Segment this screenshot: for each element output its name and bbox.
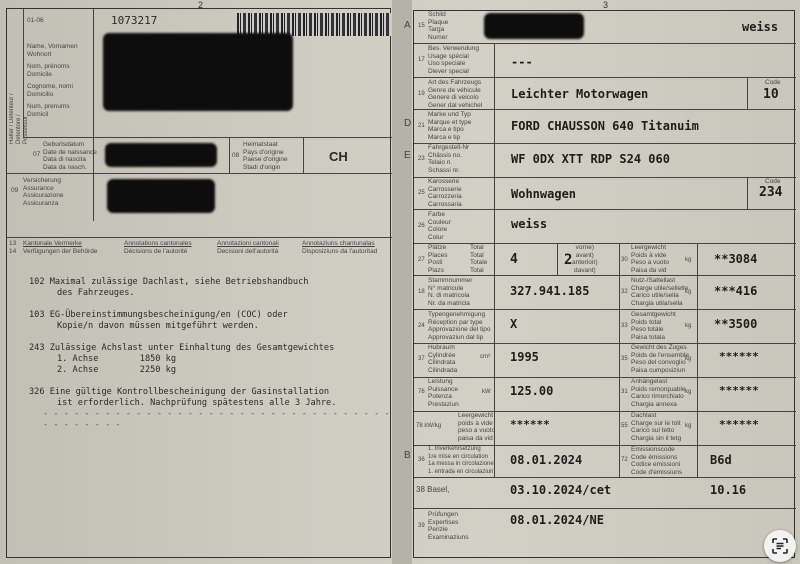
master-number-labels: StammnummerN° matricule N. di matricolaN… [428, 277, 472, 307]
chassis-number-value: WF 0DX XTT RDP S24 060 [511, 152, 670, 166]
field-09-code: 09 [11, 187, 18, 195]
train-weight-value: ****** [719, 350, 759, 363]
annotations-header-rm: Annotaziuns chantunalasDisposiziuns da l… [302, 240, 377, 255]
text-scan-icon [771, 537, 789, 555]
field-08-code: 08 [232, 152, 239, 160]
section-letter-e: E [404, 150, 411, 161]
vehicle-type-value: Leichter Motorwagen [511, 87, 648, 101]
payload-labels: Nutz-/SattellastCharge utile/sellette Ca… [631, 277, 688, 307]
body-type-code: 234 [759, 185, 782, 200]
vehicle-type-code-label: Code [765, 79, 781, 87]
emission-code-value: B6d [710, 453, 732, 467]
insurance-labels: VersicherungAssurance AssicurazioneAssic… [23, 177, 63, 207]
chassis-number-labels: Fahrgestell-NrChâssis no. Telaio n.Schas… [428, 144, 469, 174]
field-13-14-codes: 1314 [9, 240, 16, 255]
annotations-header-de: Kantonale VermerkeVerfügungen der Behörd… [23, 240, 97, 255]
power-value: 125.00 [510, 384, 553, 398]
origin-country-value: CH [329, 149, 348, 164]
first-registration-value: 08.01.2024 [510, 453, 582, 467]
annotations-header-it: Annotazioni cantonaliDecisioni dell'auto… [217, 240, 279, 255]
plate-labels: SchildPlaque TargaNumer [428, 11, 448, 41]
origin-country-labels: HeimatstaatPays d'origine Paese d'origin… [243, 141, 288, 171]
birthdate-labels: GeburtsdatumDate de naissance Data di na… [43, 141, 97, 171]
note-102: 102 Maximal zulässige Dachlast, siehe Be… [29, 277, 390, 299]
displacement-labels: HubraumCylindrée CilindrataCilindrada [428, 344, 457, 374]
roof-load-value: ****** [719, 418, 759, 431]
left-page: Halter / Détenteur / Detentore / Possess… [6, 8, 391, 558]
redacted-plate-number [484, 13, 584, 39]
power-weight-value: ****** [510, 418, 550, 431]
roof-load-labels: DachlastCharge sur le toit Carico sul te… [631, 412, 681, 442]
page-gutter [392, 0, 412, 564]
color-value: weiss [511, 217, 547, 231]
section-letter-b: B [404, 450, 411, 461]
section-letter-d: D [404, 118, 411, 129]
make-model-value: FORD CHAUSSON 640 Titanuim [511, 119, 699, 133]
trailer-load-value: ****** [719, 384, 759, 397]
payload-value: ***416 [714, 284, 757, 298]
issue-place: 38 Basel, [416, 486, 449, 494]
field-01-06-code: 01-06 [27, 17, 44, 25]
first-registration-labels: 1. Inverkehrsetzung1re mise en circulati… [428, 446, 494, 476]
text-scan-button[interactable] [764, 530, 796, 562]
body-type-value: Wohnwagen [511, 187, 576, 201]
section-letter-a: A [404, 20, 411, 31]
cantonal-notes: 102 Maximal zulässige Dachlast, siehe Be… [29, 277, 390, 431]
total-weight-labels: GesamtgewichtPoids total Peso totalePais… [631, 311, 676, 341]
special-usage-value: --- [511, 55, 533, 69]
inspections-value: 08.01.2024/NE [510, 513, 604, 527]
vehicle-type-code: 10 [763, 87, 779, 102]
notes-end-dashes: - - - - - - - - - - - - - - - - - - - - … [29, 409, 390, 431]
plate-color: weiss [742, 20, 778, 34]
note-103: 103 EG-Übereinstimmungsbescheinigung/en … [29, 310, 390, 332]
inspections-labels: PrüfungenExpertises PerizieExaminaziuns [428, 511, 468, 541]
seats-labels: PlätzePlaces PostiPlazs [428, 244, 448, 274]
trailer-load-labels: AnhängelastPoids remorquable Carico rimo… [631, 378, 686, 408]
power-weight-labels: Leergewichtpoids à vide peso a vuotopais… [458, 412, 495, 442]
master-number-value: 327.941.185 [510, 284, 589, 298]
redacted-birthdate [105, 143, 217, 167]
displacement-value: 1995 [510, 350, 539, 364]
note-243: 243 Zulässige Achslast unter Einhaltung … [29, 343, 390, 376]
train-weight-labels: Gewicht des ZugesPoids de l'ensemble Pes… [631, 344, 689, 374]
body-type-labels: KarosserieCarrosserie CarrozzeriaCarross… [428, 178, 462, 208]
seats-total-value: 4 [510, 252, 518, 267]
emission-code-labels: EmissionscodeCode émissions Codice emiss… [631, 446, 682, 476]
redacted-insurance [107, 179, 215, 213]
document-number: 1073217 [111, 14, 157, 27]
note-326: 326 Eine gültige Kontrollbescheinigung d… [29, 387, 390, 409]
field-07-code: 07 [33, 151, 40, 159]
issue-date-value: 03.10.2024/cet [510, 483, 611, 497]
type-approval-labels: TypengenehmigungRéception par type Appro… [428, 311, 491, 341]
empty-weight-labels: LeergewichtPoids à vide Peso a vuotoPais… [631, 244, 669, 274]
name-address-labels: Name, VornamenWohnort Nom, prénomsDomici… [27, 43, 91, 118]
empty-weight-value: **3084 [714, 252, 757, 266]
special-usage-labels: Bes. VerwendungUsage spécial Uso special… [428, 45, 479, 75]
vehicle-type-labels: Art des FahrzeugsGenre de véhicule Gener… [428, 79, 482, 109]
redacted-holder-name [103, 33, 293, 111]
right-page: 15 SchildPlaque TargaNumer weiss 17 Bes.… [413, 10, 795, 558]
type-approval-value: X [510, 317, 517, 331]
seats-total-labels: TotalTotal TotaleTotal [470, 244, 487, 274]
annotations-header-fr: Annotations cantonalesDécisions de l'aut… [124, 240, 192, 255]
seats-front-labels: vorne)avant) anteriori)davant) [572, 244, 598, 274]
make-model-labels: Marke und TypMarque et type Marca e tipo… [428, 111, 471, 141]
right-page-number: 3 [603, 0, 608, 10]
power-labels: LeistungPuissance PotenzaPrestaziun [428, 378, 459, 408]
total-weight-value: **3500 [714, 317, 757, 331]
issue-extra-value: 10.16 [710, 483, 746, 497]
color-labels: FarbeCouleur ColoreColur [428, 211, 451, 241]
